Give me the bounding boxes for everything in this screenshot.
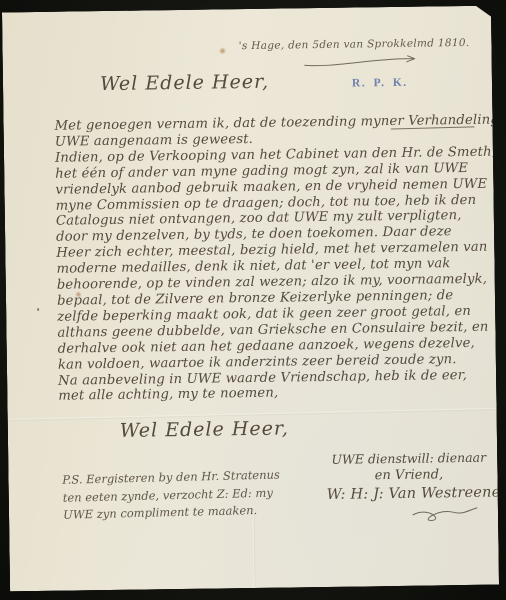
signature-flourish (409, 504, 481, 525)
letter-paper: 's Hage, den 5den van Sprokkelmd 1810. R… (2, 6, 499, 592)
postscript-block: P.S. Eergisteren by den Hr. Stratenus te… (62, 466, 281, 524)
dateline: 's Hage, den 5den van Sprokkelmd 1810. (239, 37, 470, 52)
closing-block: UWE dienstwill: dienaar en Vriend, W: H:… (326, 450, 492, 503)
date-underline-flourish (303, 52, 435, 70)
foxing-spot (218, 47, 226, 54)
closing-line: UWE dienstwill: dienaar (326, 450, 491, 467)
salutation: Wel Edele Heer, (100, 71, 269, 95)
photo-background: 's Hage, den 5den van Sprokkelmd 1810. R… (0, 0, 506, 600)
salutation-repeat: Wel Edele Heer, (120, 417, 289, 441)
fold-crease-vertical (252, 514, 256, 588)
ink-spot (75, 291, 82, 297)
archive-stamp: R. P. K. (352, 77, 408, 90)
paper-speck (37, 308, 39, 311)
closing-line: en Vriend, (326, 467, 491, 484)
letter-body: Met genoegen vernam ik, dat de toezendin… (54, 113, 488, 405)
signature: W: H: J: Van Westreenen (327, 485, 492, 503)
